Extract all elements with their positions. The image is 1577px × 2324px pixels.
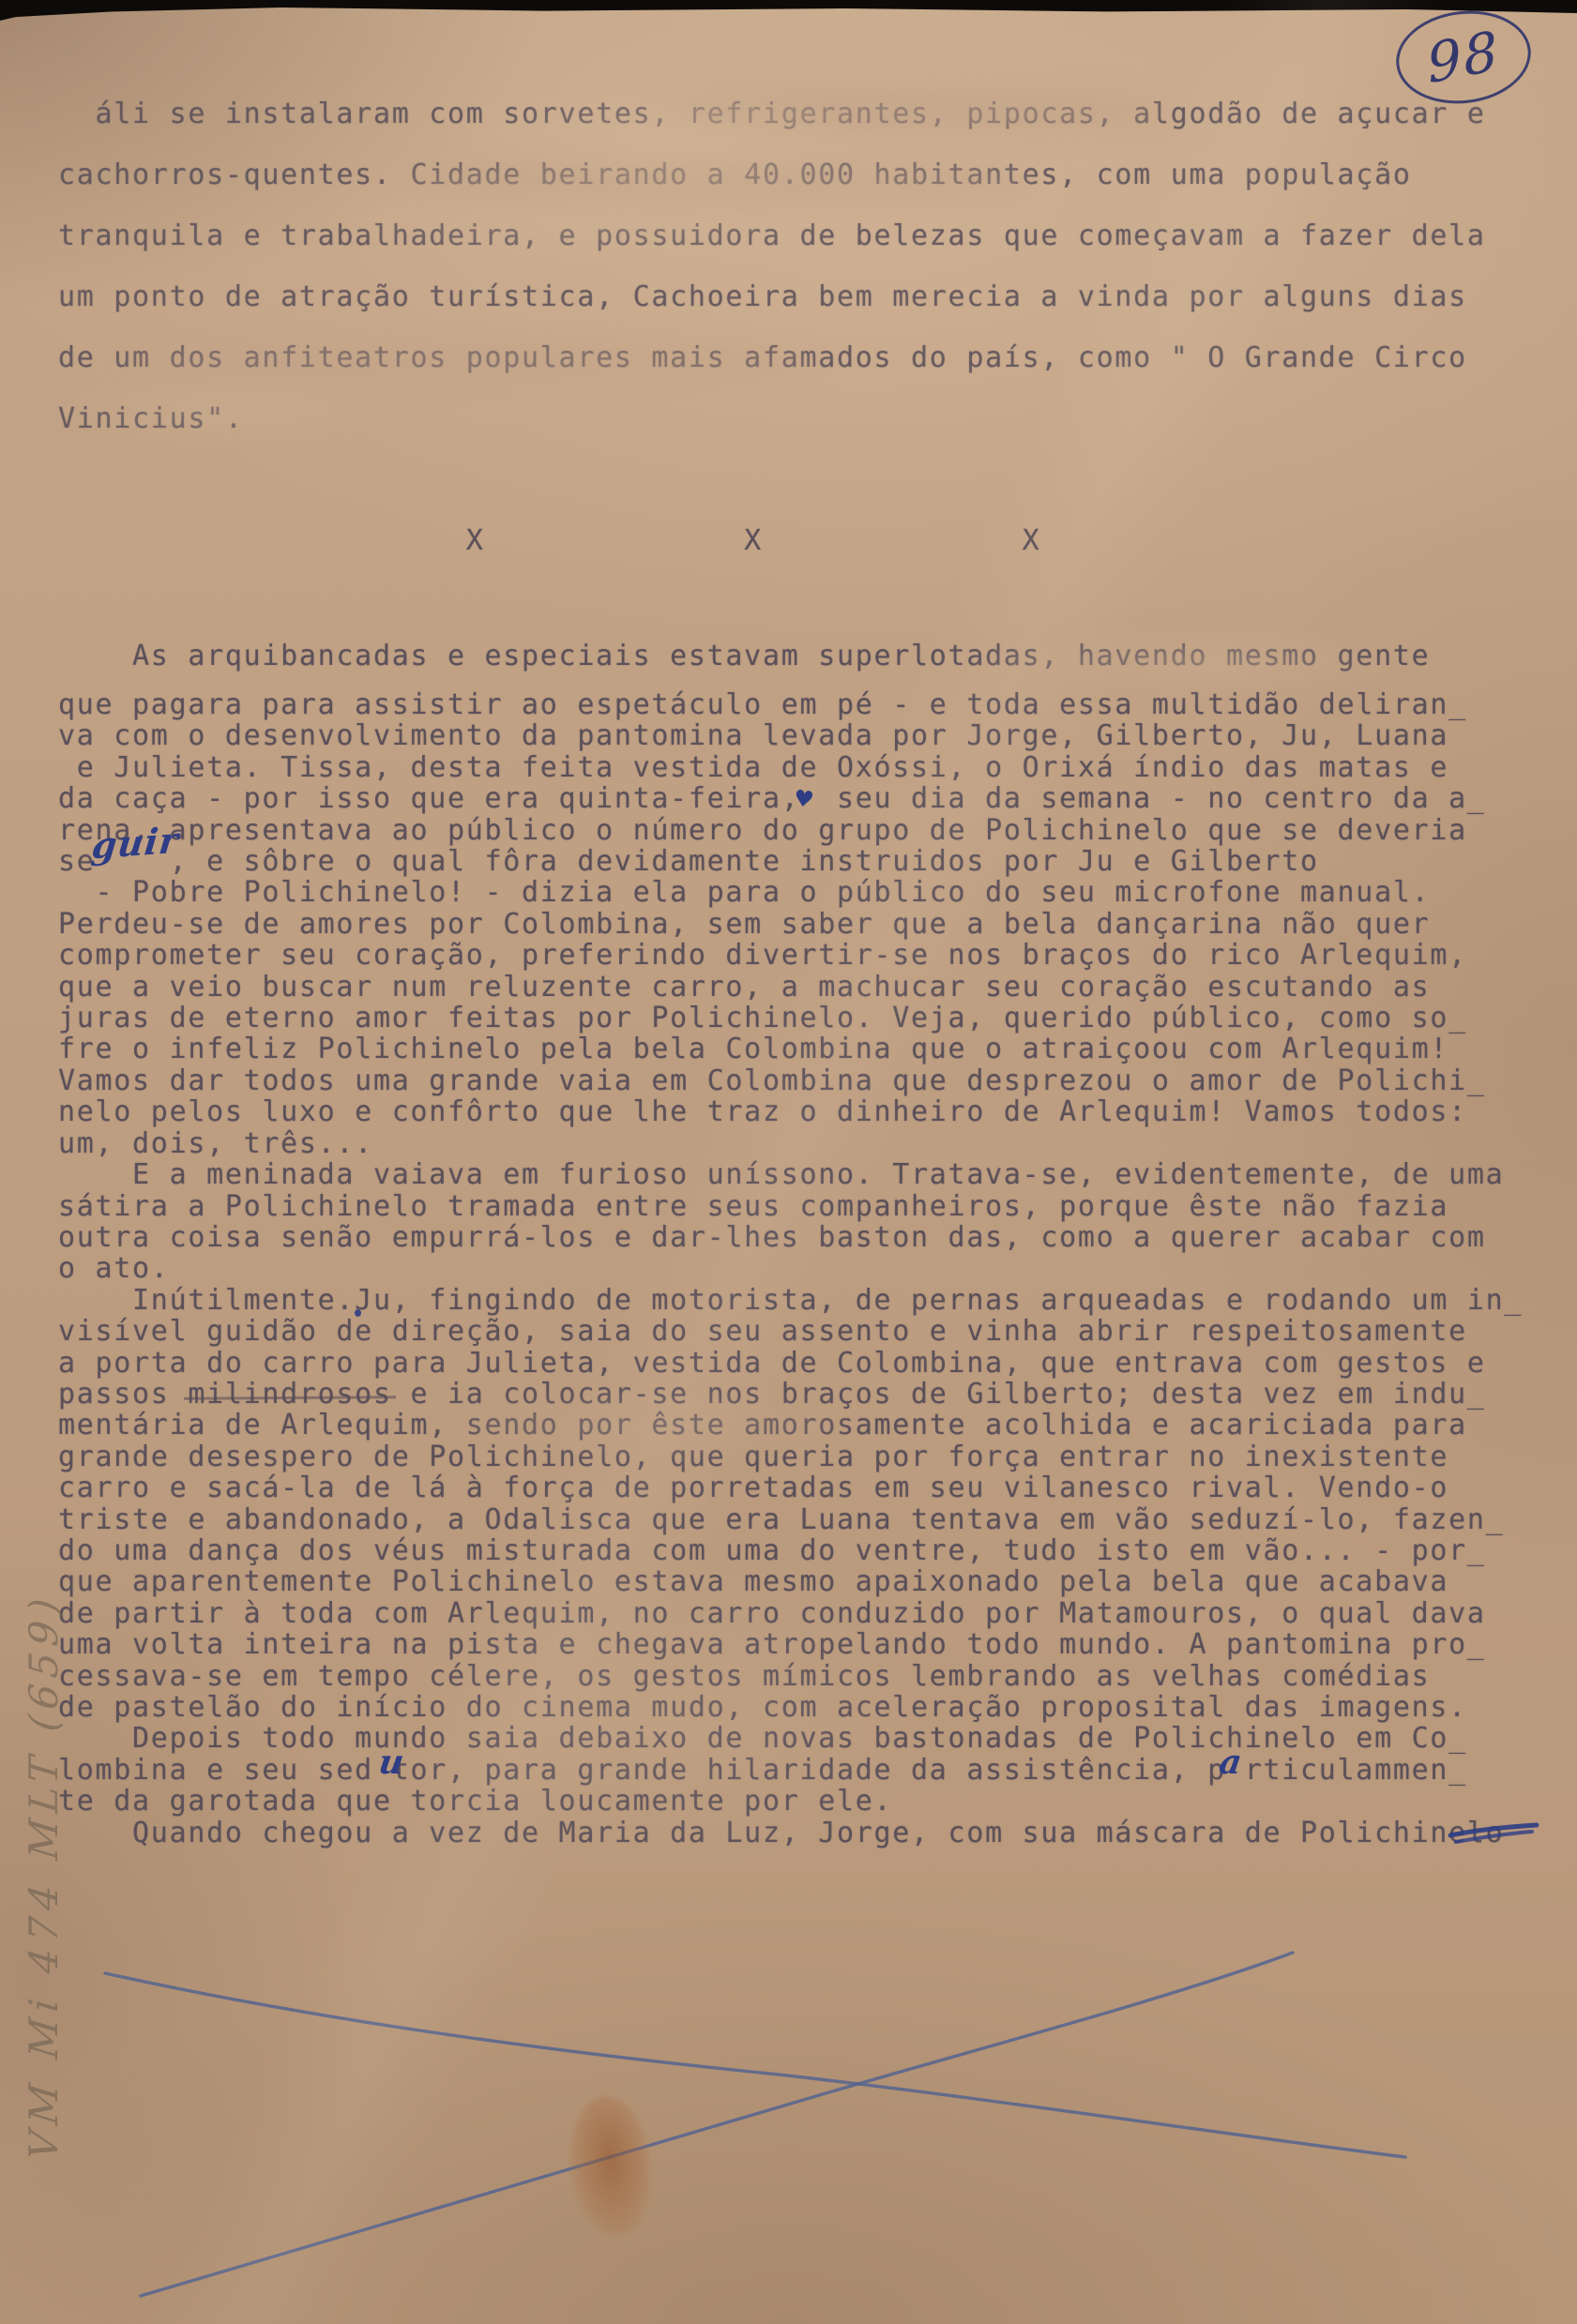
typed-line: passos milindrosos e ia colocar-se nos b…: [58, 1379, 1523, 1410]
typed-line: cessava-se em tempo célere, os gestos mí…: [58, 1661, 1523, 1692]
typed-line: áli se instalaram com sorvetes, refriger…: [58, 83, 1486, 144]
opening-paragraph: áli se instalaram com sorvetes, refriger…: [58, 83, 1486, 449]
typed-line: outra coisa senão empurrá-los e dar-lhes…: [58, 1222, 1523, 1253]
typed-line: a porta do carro para Julieta, vestida d…: [58, 1348, 1523, 1379]
typed-line: visível guidão de direção, saia do seu a…: [58, 1316, 1523, 1347]
body-paragraphs: que pagara para assistir ao espetáculo e…: [58, 689, 1523, 1849]
stain-mark: [563, 2092, 658, 2241]
typed-line: Depois todo mundo saia debaixo de novas …: [58, 1723, 1523, 1754]
margin-catalog-note: VM Mi 474 MLT (659): [21, 1501, 67, 2162]
typed-line: Quando chegou a vez de Maria da Luz, Jor…: [58, 1818, 1523, 1849]
typed-line: va com o desenvolvimento da pantomina le…: [58, 720, 1523, 751]
ink-heart-mark: ♥: [792, 785, 815, 814]
typed-line: triste e abandonado, a Odalisca que era …: [58, 1504, 1523, 1535]
typed-line: que pagara para assistir ao espetáculo e…: [58, 689, 1523, 720]
handwritten-insertion-guir: guir: [90, 819, 181, 868]
typed-line: tranquila e trabalhadeira, e possuidora …: [58, 205, 1486, 266]
typed-line: de um dos anfiteatros populares mais afa…: [58, 327, 1486, 388]
typed-line: cachorros-quentes. Cidade beirando a 40.…: [58, 144, 1486, 205]
typed-line: comprometer seu coração, preferindo dive…: [58, 940, 1523, 971]
typed-line: grande desespero de Polichinelo, que que…: [58, 1441, 1523, 1472]
typed-line: do uma dança dos véus misturada com uma …: [58, 1535, 1523, 1566]
typed-line: e Julieta. Tissa, desta feita vestida de…: [58, 752, 1523, 783]
typed-line: fre o infeliz Polichinelo pela bela Colo…: [58, 1034, 1523, 1064]
typed-line: carro e sacá-la de lá à força de porreta…: [58, 1472, 1523, 1503]
scan-top-edge: [0, 0, 1577, 19]
typed-line: juras de eterno amor feitas por Polichin…: [58, 1003, 1523, 1034]
x-mark-stroke-right-left: [141, 1953, 1293, 2296]
typed-line: que aparentemente Polichinelo estava mes…: [58, 1566, 1523, 1597]
typed-line: mentária de Arlequim, sendo por êste amo…: [58, 1410, 1523, 1441]
typed-line: Perdeu-se de amores por Colombina, sem s…: [58, 909, 1523, 940]
typed-line: se , e sôbre o qual fôra devidamente ins…: [58, 846, 1523, 877]
typed-line: - Pobre Polichinelo! - dizia ela para o …: [58, 877, 1523, 908]
typed-line: rena, apresentava ao público o número do…: [58, 815, 1523, 846]
typed-line: o ato.: [58, 1253, 1523, 1284]
typed-line: que a veio buscar num reluzente carro, a…: [58, 972, 1523, 1003]
body-paragraph-first-line: As arquibancadas e especiais estavam sup…: [58, 641, 1430, 672]
typed-line: um ponto de atração turística, Cachoeira…: [58, 266, 1486, 327]
typed-line: Vamos dar todos uma grande vaia em Colom…: [58, 1065, 1523, 1096]
typed-line: de partir à toda com Arlequim, no carro …: [58, 1598, 1523, 1629]
typed-line: E a meninada vaiava em furioso uníssono.…: [58, 1159, 1523, 1190]
ink-dot-mark: [355, 1309, 361, 1317]
typed-line: Inútilmente.Ju, fingindo de motorista, d…: [58, 1285, 1523, 1316]
typed-line: nelo pelos luxo e confôrto que lhe traz …: [58, 1096, 1523, 1127]
typed-line: um, dois, três...: [58, 1128, 1523, 1159]
x-mark-stroke-left-right: [105, 1973, 1405, 2157]
typescript-scan-page: 98 áli se instalaram com sorvetes, refri…: [0, 0, 1577, 2324]
typed-line: da caça - por isso que era quinta-feira,…: [58, 783, 1523, 814]
typed-line: sátira a Polichinelo tramada entre seus …: [58, 1191, 1523, 1222]
section-separator: X X X: [58, 510, 1040, 571]
typed-line: lombina e seu sed tor, para grande hilar…: [58, 1755, 1523, 1786]
typed-line: Vinicius".: [58, 388, 1486, 449]
typed-line: de pastelão do início do cinema mudo, co…: [58, 1692, 1523, 1723]
typed-line: te da garotada que torcia loucamente por…: [58, 1786, 1523, 1817]
typed-line: uma volta inteira na pista e chegava atr…: [58, 1629, 1523, 1660]
